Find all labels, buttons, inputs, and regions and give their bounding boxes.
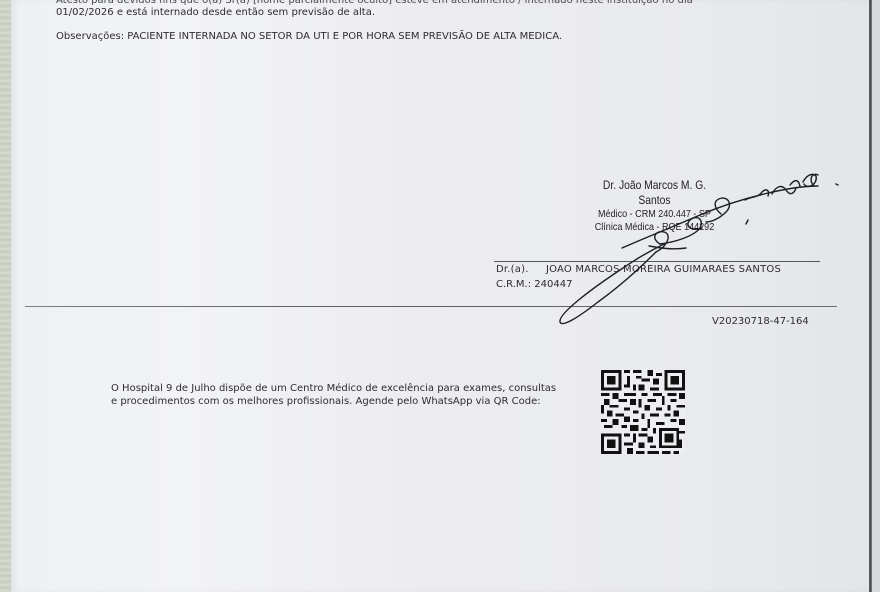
signatory-name: Dr.(a). JOAO MARCOS MOREIRA GUIMARAES SA… <box>496 263 781 276</box>
observations-text: PACIENTE INTERNADA NO SETOR DA UTI E POR… <box>127 31 562 42</box>
promo-text: O Hospital 9 de Julho dispõe de um Centr… <box>111 382 556 408</box>
doctor-stamp: Dr. João Marcos M. G. Santos Médico - CR… <box>590 178 719 234</box>
crm-value: 240447 <box>534 279 572 290</box>
signatory-full-name: JOAO MARCOS MOREIRA GUIMARAES SANTOS <box>546 264 781 275</box>
stamp-name: Dr. João Marcos M. G. Santos <box>590 178 719 208</box>
version-code: V20230718-47-164 <box>712 315 809 328</box>
body-text-admission: 01/02/2026 e está internado desde então … <box>56 6 375 19</box>
observations-label: Observações: <box>56 31 124 42</box>
stamp-crm: Médico - CRM 240.447 - SP <box>590 208 719 221</box>
signatory-crm: C.R.M.: 240447 <box>496 278 572 291</box>
observations: Observações: PACIENTE INTERNADA NO SETOR… <box>56 30 562 43</box>
section-divider <box>25 306 837 307</box>
signatory-title-label: Dr.(a). <box>496 264 529 275</box>
qr-code-icon[interactable] <box>600 370 686 454</box>
stamp-specialty: Clínica Médica - RQE 144292 <box>590 221 719 234</box>
document-paper <box>11 0 871 592</box>
photo-background-right <box>872 0 880 592</box>
photo-background-left <box>0 0 11 592</box>
signature-line <box>494 261 820 262</box>
crm-label: C.R.M.: <box>496 279 531 290</box>
